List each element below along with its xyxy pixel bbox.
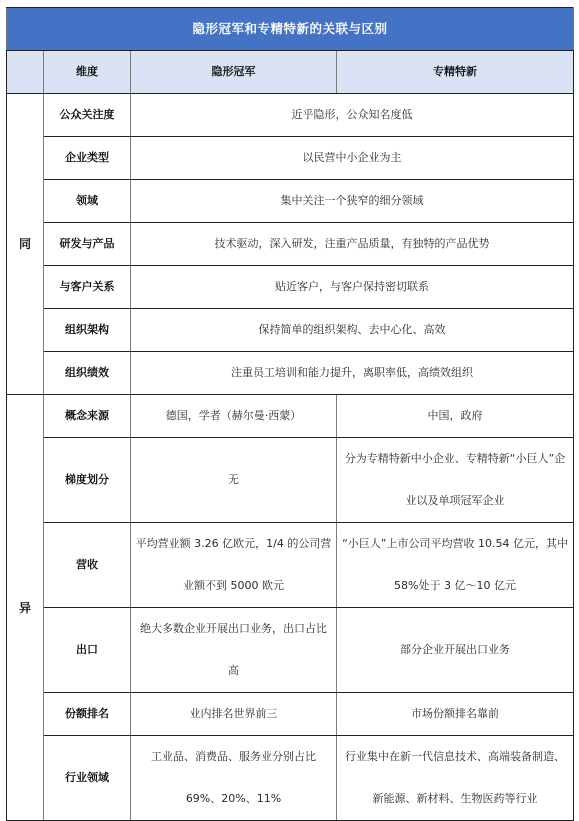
group-label-diff: 异 bbox=[7, 395, 44, 814]
dimension-cell: 组织绩效 bbox=[44, 352, 131, 395]
hidden-champion-cell: 平均营业额 3.26 亿欧元，1/4 的公司营业额不到 5000 欧元 bbox=[131, 523, 337, 608]
table-row: 组织绩效 注重员工培训和能力提升，离职率低，高绩效组织 bbox=[7, 352, 574, 395]
dimension-cell: 领域 bbox=[44, 180, 131, 223]
hidden-champion-cell: 业内排名世界前三 bbox=[131, 693, 337, 736]
table-row: 份额排名 业内排名世界前三 市场份额排名靠前 bbox=[7, 693, 574, 736]
shared-value-cell: 贴近客户，与客户保持密切联系 bbox=[131, 266, 574, 309]
group-label-same: 同 bbox=[7, 94, 44, 395]
table-row: 出口 绝大多数企业开展出口业务，出口占比高 部分企业开展出口业务 bbox=[7, 608, 574, 693]
table-row: 领域 集中关注一个狭窄的细分领域 bbox=[7, 180, 574, 223]
dimension-cell: 公众关注度 bbox=[44, 94, 131, 137]
specialized-new-cell: 部分企业开展出口业务 bbox=[337, 608, 574, 693]
table-row: 行业领域 工业品、消费品、服务业分别占比 69%、20%、11% 行业集中在新一… bbox=[7, 736, 574, 814]
dimension-cell: 梯度划分 bbox=[44, 438, 131, 523]
table-row: 企业类型 以民营中小企业为主 bbox=[7, 137, 574, 180]
specialized-new-cell: “小巨人”上市公司平均营收 10.54 亿元，其中 58%处于 3 亿～10 亿… bbox=[337, 523, 574, 608]
table-header-row: 维度 隐形冠军 专精特新 bbox=[7, 51, 574, 94]
specialized-new-cell: 中国，政府 bbox=[337, 395, 574, 438]
dimension-cell: 概念来源 bbox=[44, 395, 131, 438]
table-row: 与客户关系 贴近客户，与客户保持密切联系 bbox=[7, 266, 574, 309]
table-row: 研发与产品 技术驱动，深入研发，注重产品质量，有独特的产品优势 bbox=[7, 223, 574, 266]
shared-value-cell: 集中关注一个狭窄的细分领域 bbox=[131, 180, 574, 223]
header-hidden-champion: 隐形冠军 bbox=[131, 51, 337, 94]
specialized-new-cell: 市场份额排名靠前 bbox=[337, 693, 574, 736]
dimension-cell: 研发与产品 bbox=[44, 223, 131, 266]
table-row: 梯度划分 无 分为专精特新中小企业、专精特新“小巨人”企业以及单项冠军企业 bbox=[7, 438, 574, 523]
dimension-cell: 出口 bbox=[44, 608, 131, 693]
header-group bbox=[7, 51, 44, 94]
table-title: 隐形冠军和专精特新的关联与区别 bbox=[7, 8, 574, 51]
table-row: 组织架构 保持简单的组织架构、去中心化、高效 bbox=[7, 309, 574, 352]
specialized-new-cell: 分为专精特新中小企业、专精特新“小巨人”企业以及单项冠军企业 bbox=[337, 438, 574, 523]
shared-value-cell: 近乎隐形，公众知名度低 bbox=[131, 94, 574, 137]
shared-value-cell: 以民营中小企业为主 bbox=[131, 137, 574, 180]
shared-value-cell: 保持简单的组织架构、去中心化、高效 bbox=[131, 309, 574, 352]
specialized-new-cell: 行业集中在新一代信息技术、高端装备制造、新能源、新材料、生物医药等行业 bbox=[337, 736, 574, 814]
comparison-table-container: 隐形冠军和专精特新的关联与区别 维度 隐形冠军 专精特新 同 公众关注度 近乎隐… bbox=[6, 7, 573, 813]
hidden-champion-cell: 德国，学者（赫尔曼·西蒙） bbox=[131, 395, 337, 438]
dimension-cell: 与客户关系 bbox=[44, 266, 131, 309]
dimension-cell: 企业类型 bbox=[44, 137, 131, 180]
table-row: 异 概念来源 德国，学者（赫尔曼·西蒙） 中国，政府 bbox=[7, 395, 574, 438]
hidden-champion-cell: 工业品、消费品、服务业分别占比 69%、20%、11% bbox=[131, 736, 337, 814]
hidden-champion-cell: 绝大多数企业开展出口业务，出口占比高 bbox=[131, 608, 337, 693]
shared-value-cell: 注重员工培训和能力提升，离职率低，高绩效组织 bbox=[131, 352, 574, 395]
dimension-cell: 行业领域 bbox=[44, 736, 131, 814]
table-row: 营收 平均营业额 3.26 亿欧元，1/4 的公司营业额不到 5000 欧元 “… bbox=[7, 523, 574, 608]
table-row: 同 公众关注度 近乎隐形，公众知名度低 bbox=[7, 94, 574, 137]
shared-value-cell: 技术驱动，深入研发，注重产品质量，有独特的产品优势 bbox=[131, 223, 574, 266]
dimension-cell: 份额排名 bbox=[44, 693, 131, 736]
header-dimension: 维度 bbox=[44, 51, 131, 94]
dimension-cell: 组织架构 bbox=[44, 309, 131, 352]
comparison-table: 隐形冠军和专精特新的关联与区别 维度 隐形冠军 专精特新 同 公众关注度 近乎隐… bbox=[6, 7, 574, 813]
table-title-row: 隐形冠军和专精特新的关联与区别 bbox=[7, 8, 574, 51]
hidden-champion-cell: 无 bbox=[131, 438, 337, 523]
header-specialized-new: 专精特新 bbox=[337, 51, 574, 94]
dimension-cell: 营收 bbox=[44, 523, 131, 608]
